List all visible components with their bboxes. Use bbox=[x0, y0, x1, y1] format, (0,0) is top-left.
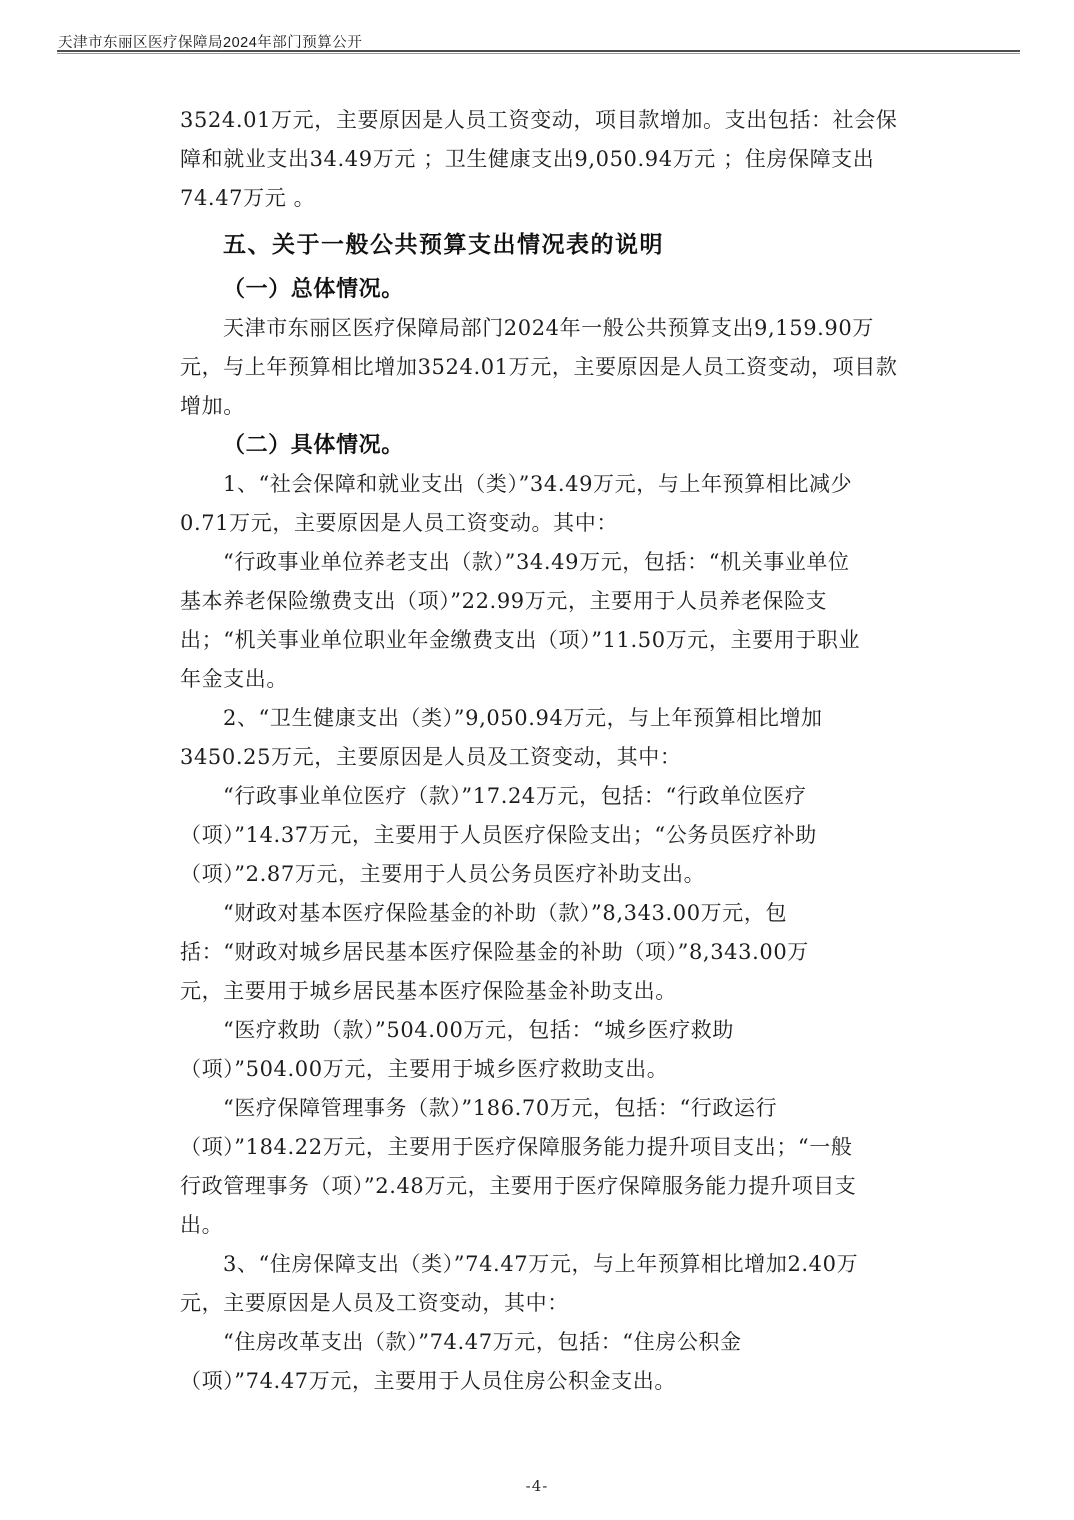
text-line: 3524.01万元，主要原因是人员工资变动，项目款增加。支出包括：社会保 bbox=[180, 101, 925, 140]
text-line: 括：“财政对城乡居民基本医疗保险基金的补助（项）”8,343.00万 bbox=[180, 933, 925, 972]
text-line: （项）”74.47万元，主要用于人员住房公积金支出。 bbox=[180, 1362, 925, 1401]
text-line: 出；“机关事业单位职业年金缴费支出（项）”11.50万元，主要用于职业 bbox=[180, 621, 925, 660]
page-number: -4- bbox=[0, 1477, 1074, 1495]
text-line: 元，主要用于城乡居民基本医疗保险基金补助支出。 bbox=[180, 972, 925, 1011]
text-line: 年金支出。 bbox=[180, 660, 925, 699]
text-line: 74.47万元 。 bbox=[180, 179, 925, 218]
text-line: 基本养老保险缴费支出（项）”22.99万元，主要用于人员养老保险支 bbox=[180, 582, 925, 621]
text-line: （项）”504.00万元，主要用于城乡医疗救助支出。 bbox=[180, 1050, 925, 1089]
text-line: 增加。 bbox=[180, 387, 925, 426]
text-line: “财政对基本医疗保险基金的补助（款）”8,343.00万元，包 bbox=[180, 894, 925, 933]
text-line: （项）”14.37万元，主要用于人员医疗保险支出；“公务员医疗补助 bbox=[180, 816, 925, 855]
text-line: 障和就业支出34.49万元 ；卫生健康支出9,050.94万元 ；住房保障支出 bbox=[180, 140, 925, 179]
section-heading: 五、关于一般公共预算支出情况表的说明 bbox=[180, 225, 925, 264]
text-line: 天津市东丽区医疗保障局部门2024年一般公共预算支出9,159.90万 bbox=[180, 309, 925, 348]
text-line: “医疗救助（款）”504.00万元，包括：“城乡医疗救助 bbox=[180, 1011, 925, 1050]
page-header-title: 天津市东丽区医疗保障局2024年部门预算公开 bbox=[58, 31, 362, 52]
text-line: 2、“卫生健康支出（类）”9,050.94万元，与上年预算相比增加 bbox=[180, 699, 925, 738]
text-line: 1、“社会保障和就业支出（类）”34.49万元，与上年预算相比减少 bbox=[180, 465, 925, 504]
text-line: 3、“住房保障支出（类）”74.47万元，与上年预算相比增加2.40万 bbox=[180, 1245, 925, 1284]
text-line: 元，与上年预算相比增加3524.01万元，主要原因是人员工资变动，项目款 bbox=[180, 348, 925, 387]
section-heading: （二）具体情况。 bbox=[180, 426, 925, 465]
document-body: 3524.01万元，主要原因是人员工资变动，项目款增加。支出包括：社会保障和就业… bbox=[180, 101, 925, 1401]
text-line: 3450.25万元，主要原因是人员及工资变动，其中： bbox=[180, 738, 925, 777]
text-line: 元，主要原因是人员及工资变动，其中： bbox=[180, 1284, 925, 1323]
text-line: “行政事业单位医疗（款）”17.24万元，包括：“行政单位医疗 bbox=[180, 777, 925, 816]
text-line: “住房改革支出（款）”74.47万元，包括：“住房公积金 bbox=[180, 1323, 925, 1362]
text-line: （项）”184.22万元，主要用于医疗保障服务能力提升项目支出；“一般 bbox=[180, 1128, 925, 1167]
header-rule bbox=[57, 50, 1020, 54]
text-line: “医疗保障管理事务（款）”186.70万元，包括：“行政运行 bbox=[180, 1089, 925, 1128]
text-line: （项）”2.87万元，主要用于人员公务员医疗补助支出。 bbox=[180, 855, 925, 894]
text-line: “行政事业单位养老支出（款）”34.49万元，包括：“机关事业单位 bbox=[180, 543, 925, 582]
document-page: 天津市东丽区医疗保障局2024年部门预算公开 3524.01万元，主要原因是人员… bbox=[0, 0, 1074, 1520]
text-line: 行政管理事务（项）”2.48万元，主要用于医疗保障服务能力提升项目支 bbox=[180, 1167, 925, 1206]
text-line: 0.71万元，主要原因是人员工资变动。其中： bbox=[180, 504, 925, 543]
section-heading: （一）总体情况。 bbox=[180, 270, 925, 309]
text-line: 出。 bbox=[180, 1206, 925, 1245]
